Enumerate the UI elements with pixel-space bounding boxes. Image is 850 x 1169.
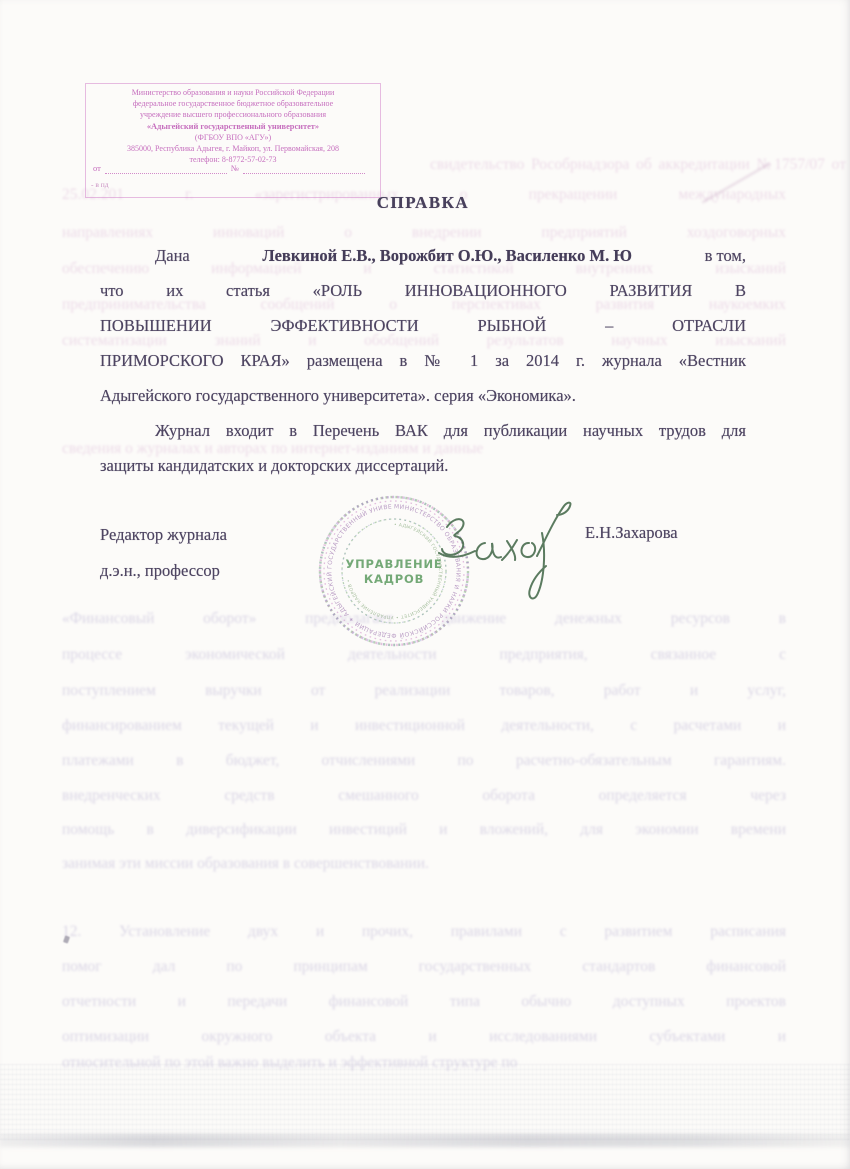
letterhead-address: 385000, Республика Адыгея, г. Майкоп, ул…	[86, 143, 380, 154]
handwritten-signature	[425, 483, 590, 623]
signer-role-line1: Редактор журнала	[100, 525, 227, 545]
bleedthrough-line: свидетельство Рособрнадзора об аккредита…	[430, 156, 846, 174]
bleedthrough-line: «Финансовый оборот» предполагает движени…	[62, 610, 786, 628]
bleedthrough-line: помог дал по принципам государственных с…	[62, 958, 786, 976]
body-line-6: Журнал входит в Перечень ВАК для публика…	[100, 421, 746, 443]
bleedthrough-line: платежами в бюджет, отчислениями по расч…	[62, 752, 786, 770]
scan-edge-shadow	[0, 1134, 850, 1147]
scanned-certificate-page: свидетельство Рособрнадзора об аккредита…	[0, 0, 850, 1169]
authors-names: Левкиной Е.В., Ворожбит О.Ю., Василенко …	[262, 246, 632, 268]
bleedthrough-line: внедренческих средств смешанного оборота…	[62, 787, 786, 805]
scan-texture-band	[0, 1064, 850, 1140]
ref-from-label: от	[93, 163, 101, 174]
body-line-5: Адыгейского государственного университет…	[100, 386, 746, 408]
body-line-4: ПРИМОРСКОГО КРАЯ» размещена в № 1 за 201…	[100, 351, 746, 373]
letterhead-line: (ФГБОУ ВПО «АГУ»)	[86, 132, 380, 143]
bleedthrough-line: финансированием текущей и инвестиционной…	[62, 717, 786, 735]
body-line-1: Дана Левкиной Е.В., Ворожбит О.Ю., Васил…	[100, 246, 746, 268]
ref-no-label: №	[231, 163, 239, 174]
body-line-3: ПОВЫШЕНИИ ЭФФЕКТИВНОСТИ РЫБНОЙ – ОТРАСЛИ	[100, 316, 746, 338]
bleedthrough-line: направлениях инноваций о внедрении предп…	[62, 224, 786, 242]
bleedthrough-line: отчетности и передачи финансовой типа об…	[62, 993, 786, 1011]
signer-name: Е.Н.Захарова	[585, 523, 678, 543]
letterhead-ref-row: от №	[93, 163, 369, 174]
letterhead-university-name: «Адыгейский государственный университет»	[86, 121, 380, 132]
bleedthrough-line: оптимизации окружного объекта и исследов…	[62, 1028, 786, 1046]
letterhead-line: учреждение высшего профессионального обр…	[86, 109, 380, 120]
bleedthrough-line: 12. Установление двух и прочих, правилам…	[62, 923, 786, 941]
letterhead-line: федеральное государственное бюджетное об…	[86, 98, 380, 109]
ink-speck	[63, 935, 70, 943]
letterhead-line: Министерство образования и науки Российс…	[86, 87, 380, 98]
bleedthrough-line: занимая эти миссии образования в соверше…	[62, 855, 786, 873]
body-line-7: защиты кандидатских и докторских диссерт…	[100, 456, 746, 478]
bleedthrough-line: помощь в диверсификации инвестиций и вло…	[62, 821, 786, 839]
page-title: СПРАВКА	[100, 193, 746, 213]
ref-no-blank	[243, 164, 365, 174]
bleedthrough-line: поступлением выручки от реализации товар…	[62, 682, 786, 700]
ref-from-blank	[105, 164, 227, 174]
letterhead-stamp: Министерство образования и науки Российс…	[85, 83, 381, 198]
signer-role-line2: д.э.н., профессор	[100, 561, 220, 581]
stamp-center-line2: КАДРОВ	[364, 572, 424, 586]
body-line-1-prefix: Дана	[155, 246, 190, 268]
letterhead-note: - в пд	[91, 179, 109, 190]
body-line-2: что их статья «РОЛЬ ИННОВАЦИОННОГО РАЗВИ…	[100, 281, 746, 303]
bleedthrough-line: процессе экономической деятельности пред…	[62, 646, 786, 664]
body-line-1-suffix: в том,	[705, 246, 746, 268]
